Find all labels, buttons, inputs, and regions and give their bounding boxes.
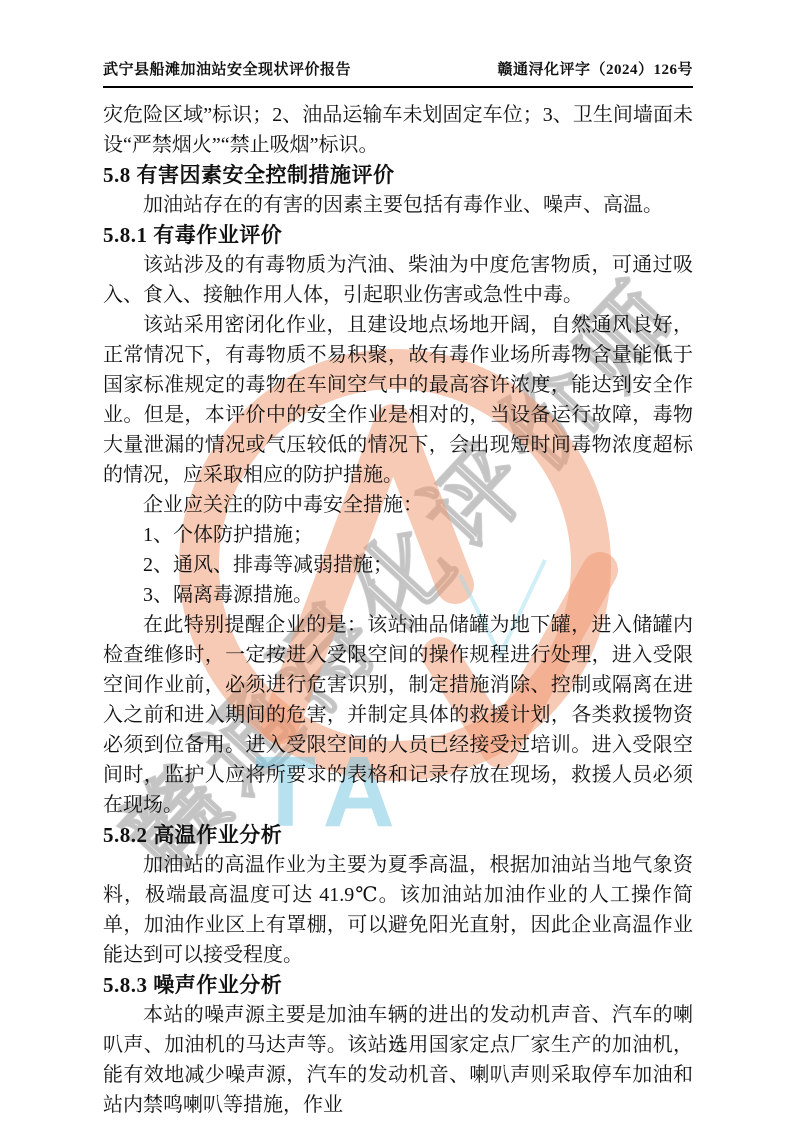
paragraph: 加油站存在的有害的因素主要包括有毒作业、噪声、高温。: [103, 190, 693, 220]
paragraph-continuation: 灾危险区域”标识；2、油品运输车未划固定车位；3、卫生间墙面未设“严禁烟火”“禁…: [103, 100, 693, 160]
document-body: 灾危险区域”标识；2、油品运输车未划固定车位；3、卫生间墙面未设“严禁烟火”“禁…: [103, 100, 693, 1120]
paragraph: 加油站的高温作业为主要为夏季高温，根据加油站当地气象资料，极端最高温度可达 41…: [103, 850, 693, 970]
paragraph: 该站采用密闭化作业，且建设地点场地开阔，自然通风良好，正常情况下，有毒物质不易积…: [103, 310, 693, 490]
header-doc-number: 赣通浔化评字（2024）126号: [497, 58, 693, 79]
list-item-3: 3、隔离毒源措施。: [103, 580, 693, 610]
section-heading-5-8-1: 5.8.1 有毒作业评价: [103, 220, 693, 250]
page-number: 75: [389, 1039, 404, 1055]
page-header: 武宁县船滩加油站安全现状评价报告 赣通浔化评字（2024）126号: [103, 58, 693, 88]
document-page: 赣通浔化评价师 TA 武宁县船滩加油站安全现状评价报告 赣通浔化评字（2024）…: [0, 0, 793, 1122]
section-heading-5-8-2: 5.8.2 高温作业分析: [103, 820, 693, 850]
section-heading-5-8: 5.8 有害因素安全控制措施评价: [103, 160, 693, 190]
paragraph: 本站的噪声源主要是加油车辆的进出的发动机声音、汽车的喇叭声、加油机的马达声等。该…: [103, 1000, 693, 1120]
list-item-2: 2、通风、排毒等减弱措施；: [103, 550, 693, 580]
paragraph: 企业应关注的防中毒安全措施：: [103, 490, 693, 520]
page-footer: 75: [0, 1039, 793, 1056]
list-item-1: 1、个体防护措施；: [103, 520, 693, 550]
paragraph: 在此特别提醒企业的是：该站油品储罐为地下罐，进入储罐内检查维修时，一定按进入受限…: [103, 610, 693, 820]
header-report-title: 武宁县船滩加油站安全现状评价报告: [103, 58, 351, 79]
section-heading-5-8-3: 5.8.3 噪声作业分析: [103, 970, 693, 1000]
paragraph: 该站涉及的有毒物质为汽油、柴油为中度危害物质，可通过吸入、食入、接触作用人体，引…: [103, 250, 693, 310]
